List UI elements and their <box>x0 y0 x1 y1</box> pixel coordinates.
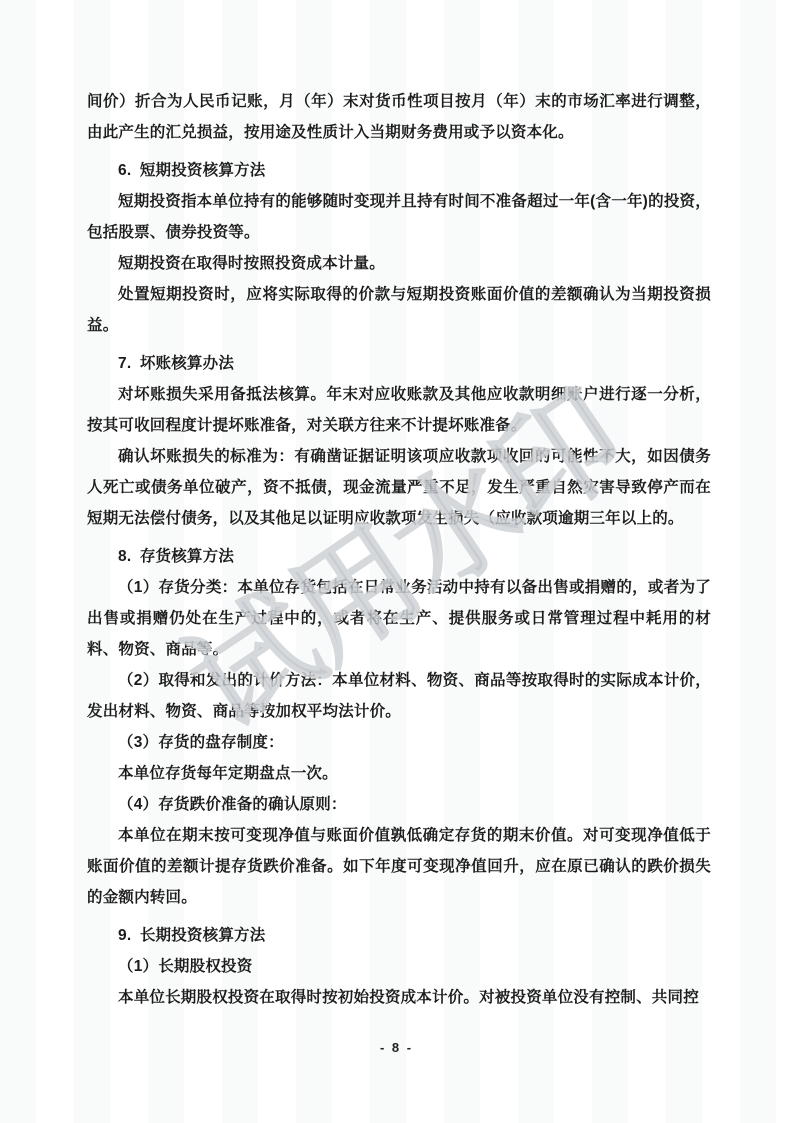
paragraph: （3）存货的盘存制度： <box>87 727 711 758</box>
document-page: 间价）折合为人民币记账，月（年）末对货币性项目按月（年）末的市场汇率进行调整，由… <box>0 0 793 1123</box>
paragraph: 确认坏账损失的标准为：有确凿证据证明该项应收款项收回的可能性不大，如因债务人死亡… <box>87 441 711 534</box>
section-heading: 9. 长期投资核算方法 <box>87 920 711 951</box>
paragraph: 对坏账损失采用备抵法核算。年末对应收账款及其他应收款明细账户进行逐一分析，按其可… <box>87 379 711 441</box>
paragraph: 短期投资指本单位持有的能够随时变现并且持有时间不准备超过一年(含一年)的投资，包… <box>87 186 711 248</box>
section-heading: 7. 坏账核算办法 <box>87 348 711 379</box>
paragraph: 处置短期投资时，应将实际取得的价款与短期投资账面价值的差额确认为当期投资损益。 <box>87 279 711 341</box>
paragraph: （2）取得和发出的计价方法：本单位材料、物资、商品等按取得时的实际成本计价，发出… <box>87 665 711 727</box>
paragraph: 本单位在期末按可变现净值与账面价值孰低确定存货的期末价值。对可变现净值低于账面价… <box>87 820 711 913</box>
paragraph: 间价）折合为人民币记账，月（年）末对货币性项目按月（年）末的市场汇率进行调整，由… <box>87 86 711 148</box>
paragraph: 本单位存货每年定期盘点一次。 <box>87 758 711 789</box>
page-number: - 8 - <box>0 1040 793 1055</box>
paragraph: （1）长期股权投资 <box>87 951 711 982</box>
paragraph: 短期投资在取得时按照投资成本计量。 <box>87 248 711 279</box>
paragraph: （1）存货分类：本单位存货包括在日常业务活动中持有以备出售或捐赠的，或者为了出售… <box>87 572 711 665</box>
section-heading: 8. 存货核算方法 <box>87 541 711 572</box>
document-body: 间价）折合为人民币记账，月（年）末对货币性项目按月（年）末的市场汇率进行调整，由… <box>87 86 711 1013</box>
paragraph: （4）存货跌价准备的确认原则： <box>87 789 711 820</box>
section-heading: 6. 短期投资核算方法 <box>87 155 711 186</box>
paragraph: 本单位长期股权投资在取得时按初始投资成本计价。对被投资单位没有控制、共同控 <box>87 982 711 1013</box>
